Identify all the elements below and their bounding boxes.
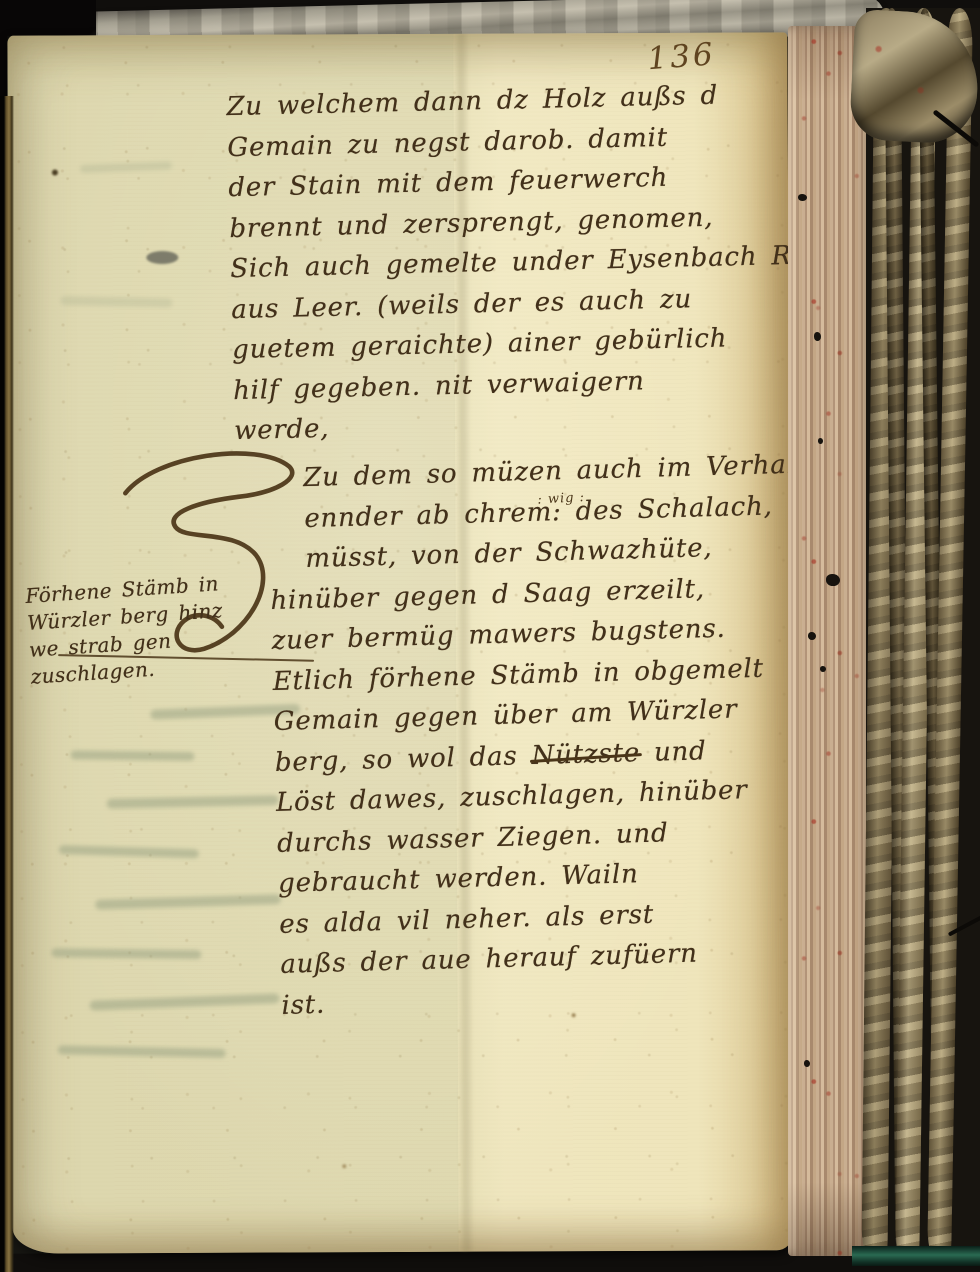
struck-word: Nützste	[531, 738, 640, 771]
edge-fleck	[798, 194, 807, 201]
paper-smudge	[146, 251, 178, 264]
edge-fleck	[804, 1060, 810, 1067]
edge-fleck	[826, 574, 840, 586]
paper-speck	[342, 1164, 346, 1168]
paper-speck	[52, 169, 58, 175]
body-text-paragraph-1: Zu welchem dann dz Holz außs d Gemain zu…	[226, 79, 794, 457]
manuscript-page: 136 Zu welchem dann dz Holz außs d Gemai…	[7, 32, 792, 1253]
text-segment: berg, so wol das	[275, 741, 532, 778]
page-number: 136	[646, 36, 717, 77]
margin-note: Förhene Stämb in Würzler berg hinz we st…	[25, 566, 301, 691]
table-edge	[852, 1246, 980, 1266]
manuscript-scan: 136 Zu welchem dann dz Holz außs d Gemai…	[0, 0, 980, 1272]
edge-fleck	[808, 632, 816, 640]
left-cover-edge	[0, 96, 14, 1272]
book-fore-edge	[788, 26, 874, 1256]
edge-fleck	[820, 666, 826, 672]
edge-fleck	[814, 332, 821, 341]
show-through-stroke	[70, 750, 194, 761]
body-text-paragraph-2: Zu dem so müzen auch im Verhab ennder ab…	[225, 450, 800, 1032]
red-speckled-edge	[788, 26, 874, 1256]
edge-fleck	[818, 438, 823, 444]
text-segment: und	[640, 736, 707, 768]
parchment-leaves	[866, 8, 980, 1266]
